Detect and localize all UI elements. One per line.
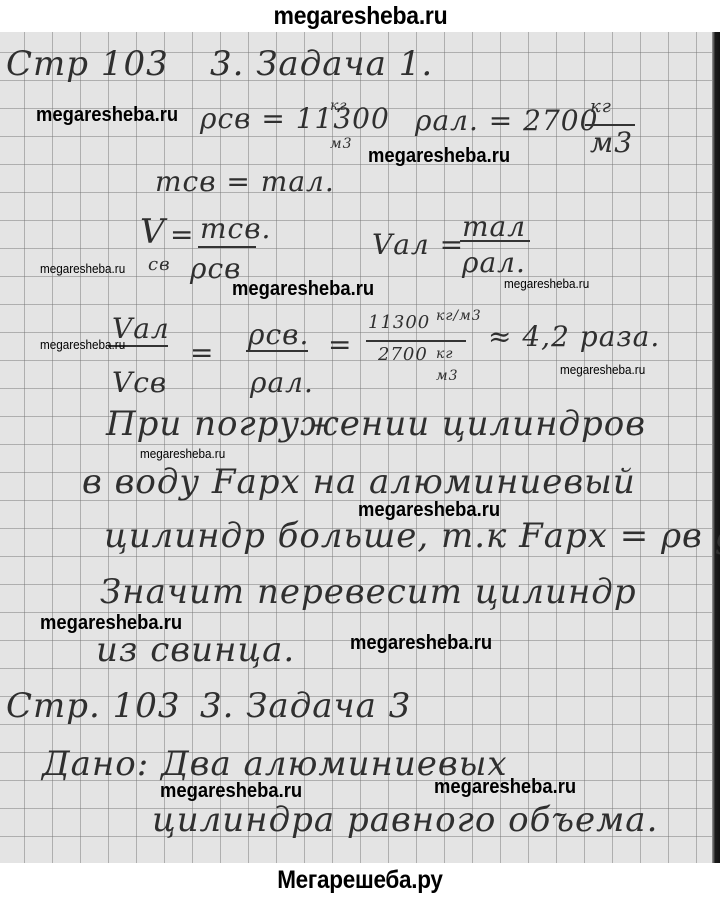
task3-heading-task: 3. Задача 3 [200, 686, 411, 726]
rho-lead: ρсв = 11300 [200, 102, 390, 135]
rho-lead-unit-den: м3 [330, 136, 353, 152]
watermark: megaresheba.ru [560, 362, 645, 377]
task3-heading-page: Стр. 103 [6, 686, 181, 726]
fraction-bar [460, 240, 530, 242]
explanation-line-3: цилиндр больше, т.к Fарх = ρв g Vтел. [104, 516, 720, 556]
watermark: megaresheba.ru [368, 145, 510, 168]
rho-aluminum-unit-den: м3 [590, 126, 633, 159]
ratio-value-num: 11300 [368, 312, 430, 333]
mass-equality: mсв = mал. [155, 165, 335, 198]
watermark: megaresheba.ru [232, 278, 374, 301]
watermark: megaresheba.ru [350, 632, 492, 655]
rho-aluminum: ρал. = 2700 [415, 104, 598, 137]
ratio-mid-num: ρсв. [248, 318, 309, 351]
v-aluminum-num: mал [462, 210, 526, 243]
watermark: megaresheba.ru [36, 104, 178, 127]
ratio-eq2: = [328, 328, 352, 361]
ratio-den: Vсв [112, 366, 167, 399]
site-header: megaresheba.ru [0, 0, 720, 32]
watermark: megaresheba.ru [504, 276, 589, 291]
fraction-bar [366, 340, 466, 342]
watermark: megaresheba.ru [140, 446, 225, 461]
explanation-line-1: При погружении цилиндров [106, 404, 646, 444]
explanation-line-4: Значит перевесит цилиндр [100, 572, 637, 612]
watermark: megaresheba.ru [40, 261, 125, 276]
ratio-value-num-unit: кг/м3 [436, 308, 482, 324]
rho-lead-unit-num: кг [330, 98, 347, 114]
v-aluminum-den: ρал. [462, 246, 526, 279]
v-aluminum-lhs: Vал = [372, 228, 464, 261]
task1-heading-page: Стр 103 [6, 44, 169, 84]
ratio-value-den-unit: кг [436, 346, 453, 362]
page-edge-shadow [712, 32, 720, 863]
fraction-bar [198, 246, 256, 248]
fraction-bar [246, 350, 308, 352]
ratio-result: ≈ 4,2 раза. [488, 320, 660, 353]
v-lead-sub: св [148, 254, 171, 275]
watermark: megaresheba.ru [358, 499, 500, 522]
task3-given-line-2: цилиндра равного объема. [152, 800, 658, 840]
rho-aluminum-unit-num: кг [590, 96, 612, 117]
watermark: megaresheba.ru [40, 612, 182, 635]
watermark: megaresheba.ru [40, 337, 125, 352]
ratio-mid-den: ρал. [250, 366, 314, 399]
v-lead-num: mсв. [200, 212, 271, 245]
explanation-line-2: в воду Fарх на алюминиевый [82, 462, 636, 502]
ratio-eq1: = [190, 336, 214, 369]
ratio-value-den-unit2: м3 [436, 368, 459, 384]
watermark: megaresheba.ru [160, 780, 302, 803]
v-lead-lhs: V [140, 212, 166, 252]
v-lead-eq: = [170, 218, 194, 251]
ratio-value-den: 2700 [378, 344, 428, 365]
task1-heading-task: 3. Задача 1. [210, 44, 433, 84]
site-name-cyrillic: Мегарешеба.ру [277, 866, 442, 895]
site-name: megaresheba.ru [273, 2, 447, 31]
site-footer: Мегарешеба.ру [0, 863, 720, 898]
explanation-line-5: из свинца. [96, 630, 295, 670]
watermark: megaresheba.ru [434, 776, 576, 799]
